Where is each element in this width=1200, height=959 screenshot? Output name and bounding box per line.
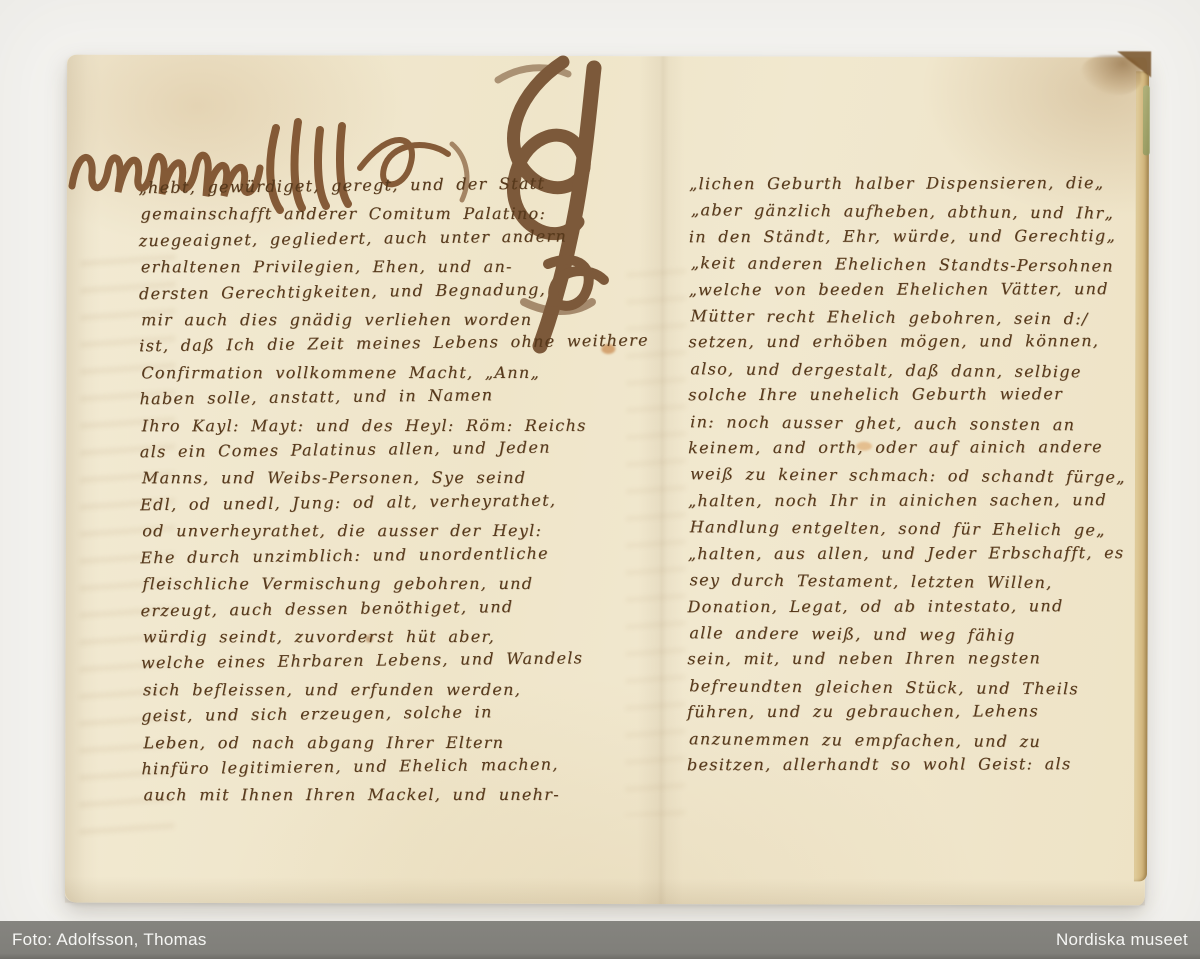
handwriting-line: welche eines Ehrbaren Lebens, und Wandel… bbox=[141, 645, 633, 677]
handwriting-line: „halten, noch Ihr in ainichen sachen, un… bbox=[688, 487, 1140, 515]
handwriting-line: besitzen, allerhandt so wohl Geist: als bbox=[687, 751, 1139, 779]
handwriting-line: zuegeaignet, gegliedert, auch unter ande… bbox=[139, 223, 631, 255]
handwriting-line: Ehe durch unzimblich: und unordentliche bbox=[140, 539, 632, 571]
handwriting-line: haben solle, anstatt, und in Namen bbox=[139, 381, 631, 413]
photo-credit: Foto: Adolfsson, Thomas bbox=[12, 930, 207, 950]
corner-ink-smudge bbox=[1081, 55, 1141, 95]
handwriting-line: ist, daß Ich die Zeit meines Lebens ohne… bbox=[139, 328, 631, 360]
right-page-text: „lichen Geburth halber Dispensieren, die… bbox=[687, 171, 1141, 780]
handwriting-line: hinfüro legitimieren, und Ehelich machen… bbox=[141, 751, 633, 783]
handwriting-line: Edl, od unedl, Jung: od alt, verheyrathe… bbox=[140, 487, 632, 519]
handwriting-line: erzeugt, auch dessen benöthiget, und bbox=[140, 592, 632, 624]
handwriting-line: geist, und sich erzeugen, solche in bbox=[141, 698, 633, 730]
handwriting-line: führen, und zu gebrauchen, Lehens bbox=[687, 698, 1139, 726]
handwriting-line: setzen, und erhöben mögen, und können, bbox=[688, 328, 1140, 356]
handwriting-line: sein, mit, und neben Ihren negsten bbox=[687, 645, 1139, 673]
handwriting-line: „lichen Geburth halber Dispensieren, die… bbox=[689, 170, 1141, 198]
handwriting-line: auch mit Ihnen Ihren Mackel, und unehr- bbox=[144, 782, 636, 809]
handwriting-line: dersten Gerechtigkeiten, und Begnadung, bbox=[139, 275, 631, 307]
handwriting-line: „halten, aus allen, und Jeder Erbschafft… bbox=[688, 540, 1140, 568]
museum-photo: „hebt, gewürdiget, geregt, und der Statt… bbox=[0, 0, 1200, 959]
bottom-edge-shadow bbox=[65, 877, 1145, 906]
handwriting-line: keinem, and orth, oder auf ainich andere bbox=[688, 434, 1140, 462]
handwriting-line: „hebt, gewürdiget, geregt, und der Statt bbox=[138, 170, 630, 202]
left-page-text: „hebt, gewürdiget, geregt, und der Statt… bbox=[138, 173, 633, 809]
handwriting-line: in den Ständt, Ehr, würde, und Gerechtig… bbox=[689, 223, 1141, 251]
museum-name: Nordiska museet bbox=[1056, 930, 1188, 950]
caption-bar: Foto: Adolfsson, Thomas Nordiska museet bbox=[0, 921, 1200, 959]
handwriting-line: solche Ihre unehelich Geburth wieder bbox=[688, 381, 1140, 409]
handwriting-line: als ein Comes Palatinus allen, und Jeden bbox=[140, 434, 632, 466]
binding-sliver bbox=[1143, 85, 1150, 155]
handwriting-line: Donation, Legat, od ab intestato, und bbox=[688, 593, 1140, 621]
handwriting-line: „welche von beeden Ehelichen Vätter, und bbox=[689, 276, 1141, 304]
